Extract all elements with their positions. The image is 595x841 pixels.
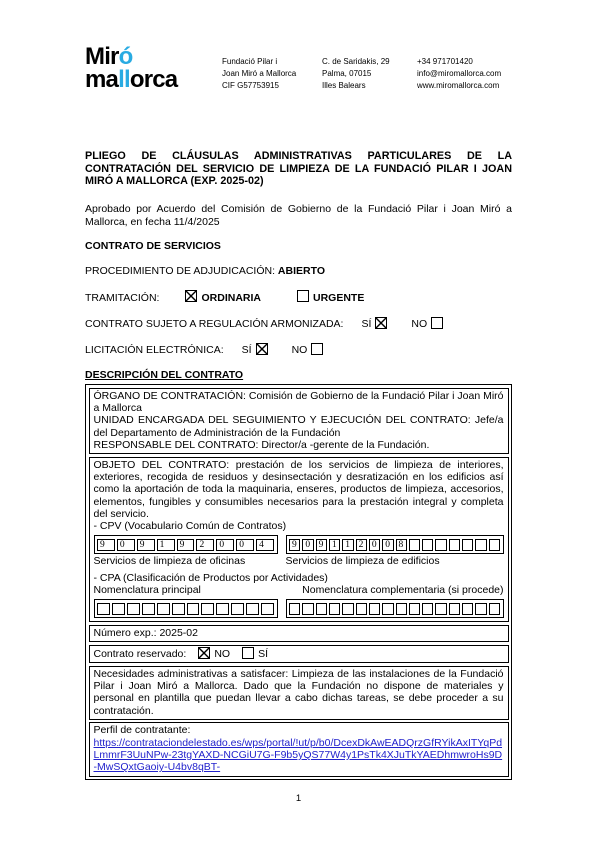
code-cell (369, 603, 380, 615)
code-cell: 9 (289, 539, 300, 551)
description-heading: DESCRIPCIÓN DEL CONTRATO (85, 369, 512, 381)
cpv-code-oficinas-box: 909192004 (94, 535, 278, 554)
approval-paragraph: Aprobado por Acuerdo del Comisión de Gob… (85, 203, 512, 228)
code-cell (462, 603, 473, 615)
address-line: Palma, 07015 (322, 68, 390, 80)
code-cell (187, 603, 200, 615)
code-cell (142, 603, 155, 615)
document-page: Miró mallorca Fundació Pilar i Joan Miró… (0, 0, 595, 841)
cpa-heading: - CPA (Clasificación de Productos por Ac… (94, 572, 504, 584)
code-cell: 2 (196, 539, 214, 551)
code-cell (329, 603, 340, 615)
address-line: C. de Saridakis, 29 (322, 56, 390, 68)
armonizada-no-checkbox (431, 317, 443, 329)
code-cell (475, 603, 486, 615)
necesidades-text: Necesidades administrativas a satisfacer… (94, 668, 504, 717)
organ-de-contratacion: ÓRGANO DE CONTRATACIÓN: Comisión de Gobi… (94, 390, 504, 415)
logo-text-part: orca (130, 66, 178, 93)
letterhead: Miró mallorca Fundació Pilar i Joan Miró… (85, 48, 512, 110)
phone-number: +34 971701420 (417, 56, 501, 68)
code-cell (409, 603, 420, 615)
code-cell (356, 603, 367, 615)
code-cell (409, 539, 420, 551)
cpa-code-row (94, 599, 504, 618)
code-cell: 1 (157, 539, 175, 551)
code-cell (302, 603, 313, 615)
foundation-name-block: Fundació Pilar i Joan Miró a Mallorca CI… (222, 56, 296, 92)
code-cell (382, 603, 393, 615)
reservado-no-label: NO (214, 648, 230, 660)
code-cell (157, 603, 170, 615)
code-cell (172, 603, 185, 615)
code-cell: 9 (316, 539, 327, 551)
procedure-line: PROCEDIMIENTO DE ADJUDICACIÓN: ABIERTO (85, 265, 512, 277)
code-cell: 0 (382, 539, 393, 551)
page-number: 1 (85, 793, 512, 804)
unidad-encargada: UNIDAD ENCARGADA DEL SEGUIMIENTO Y EJECU… (94, 414, 504, 439)
expediente-row: Número exp.: 2025-02 (89, 625, 509, 642)
code-cell (216, 603, 229, 615)
perfil-row: Perfil de contratante: https://contratac… (89, 722, 509, 776)
code-cell: 0 (236, 539, 254, 551)
cpv-heading: - CPV (Vocabulario Común de Contratos) (94, 520, 504, 532)
code-cell (289, 603, 300, 615)
code-cell: 0 (369, 539, 380, 551)
cpv-labels-row: Servicios de limpieza de oficinas Servic… (94, 555, 504, 567)
code-cell: 4 (256, 539, 274, 551)
contract-description-table: ÓRGANO DE CONTRATACIÓN: Comisión de Gobi… (85, 384, 512, 780)
cpv-code-row: 909192004 909112008 (94, 535, 504, 554)
logo-text-part: ma (85, 66, 118, 93)
armonizada-si-checkbox (375, 317, 387, 329)
urgente-label: URGENTE (313, 292, 364, 304)
numero-expediente: Número exp.: 2025-02 (94, 627, 198, 639)
address-line: Illes Balears (322, 80, 390, 92)
licitacion-label: LICITACIÓN ELECTRÓNICA: (85, 344, 224, 356)
reservado-no-checkbox (198, 647, 210, 659)
cpv-code-edificios-box: 909112008 (286, 535, 504, 554)
cpa-labels-row: Nomenclatura principal Nomenclatura comp… (94, 584, 504, 596)
nomenclatura-principal-label: Nomenclatura principal (94, 584, 286, 596)
licitacion-no-checkbox (311, 343, 323, 355)
objeto-row: OBJETO DEL CONTRATO: prestación de los s… (89, 457, 509, 623)
code-cell (435, 539, 446, 551)
urgente-checkbox (297, 290, 309, 302)
perfil-label: Perfil de contratante: (94, 724, 504, 736)
code-cell (261, 603, 274, 615)
code-cell (422, 539, 433, 551)
address-block: C. de Saridakis, 29 Palma, 07015 Illes B… (322, 56, 390, 92)
armonizada-si-label: SÍ (361, 318, 371, 330)
code-cell: 2 (356, 539, 367, 551)
code-cell (475, 539, 486, 551)
code-cell: 9 (177, 539, 195, 551)
licitacion-si-checkbox (256, 343, 268, 355)
cpv-label-edificios: Servicios de limpieza de edificios (286, 555, 504, 567)
document-body: PLIEGO DE CLÁUSULAS ADMINISTRATIVAS PART… (85, 150, 512, 804)
nomenclatura-complementaria-label: Nomenclatura complementaria (si procede) (286, 584, 504, 596)
armonizada-no-label: NO (411, 318, 427, 330)
reservado-row: Contrato reservado:NOSÍ (89, 645, 509, 664)
procedure-value: ABIERTO (278, 265, 325, 277)
miro-mallorca-logo: Miró mallorca (85, 46, 177, 92)
licitacion-no-label: NO (292, 344, 308, 356)
responsable-contrato: RESPONSABLE DEL CONTRATO: Director/a -ge… (94, 439, 504, 451)
reservado-label: Contrato reservado: (94, 648, 187, 660)
foundation-name-line: Fundació Pilar i (222, 56, 296, 68)
objeto-del-contrato: OBJETO DEL CONTRATO: prestación de los s… (94, 459, 504, 520)
code-cell: 1 (342, 539, 353, 551)
procedure-label: PROCEDIMIENTO DE ADJUDICACIÓN: (85, 265, 278, 277)
cpa-principal-box (94, 599, 278, 618)
document-title: PLIEGO DE CLÁUSULAS ADMINISTRATIVAS PART… (85, 150, 512, 188)
contact-block: +34 971701420 info@miromallorca.com www.… (417, 56, 501, 92)
licitacion-line: LICITACIÓN ELECTRÓNICA:SÍNO (85, 343, 512, 357)
reservado-si-label: SÍ (258, 648, 268, 660)
code-cell: 0 (216, 539, 234, 551)
code-cell (449, 603, 460, 615)
code-cell: 9 (97, 539, 115, 551)
licitacion-si-label: SÍ (242, 344, 252, 356)
code-cell (342, 603, 353, 615)
code-cell (422, 603, 433, 615)
logo-text-part-blue: ll (118, 66, 130, 93)
contract-type-line: CONTRATO DE SERVICIOS (85, 240, 512, 252)
code-cell: 1 (329, 539, 340, 551)
foundation-cif: CIF G57753915 (222, 80, 296, 92)
tramitacion-label: TRAMITACIÓN: (85, 292, 159, 304)
code-cell: 0 (302, 539, 313, 551)
code-cell: 0 (117, 539, 135, 551)
necesidades-row: Necesidades administrativas a satisfacer… (89, 666, 509, 720)
code-cell (112, 603, 125, 615)
perfil-contratante-link[interactable]: https://contrataciondelestado.es/wps/por… (94, 737, 504, 774)
ordinaria-label: ORDINARIA (201, 292, 261, 304)
code-cell (462, 539, 473, 551)
code-cell (449, 539, 460, 551)
code-cell (127, 603, 140, 615)
code-cell (246, 603, 259, 615)
code-cell (231, 603, 244, 615)
website-url: www.miromallorca.com (417, 80, 501, 92)
organ-row: ÓRGANO DE CONTRATACIÓN: Comisión de Gobi… (89, 388, 509, 454)
code-cell (489, 603, 500, 615)
ordinaria-checkbox (185, 290, 197, 302)
email-address: info@miromallorca.com (417, 68, 501, 80)
code-cell (435, 603, 446, 615)
logo-line-2: mallorca (85, 69, 177, 92)
cpv-label-oficinas: Servicios de limpieza de oficinas (94, 555, 286, 567)
code-cell (396, 603, 407, 615)
code-cell (489, 539, 500, 551)
foundation-name-line: Joan Miró a Mallorca (222, 68, 296, 80)
code-cell (97, 603, 110, 615)
code-cell: 8 (396, 539, 407, 551)
armonizada-line: CONTRATO SUJETO A REGULACIÓN ARMONIZADA:… (85, 317, 512, 331)
code-cell: 9 (137, 539, 155, 551)
cpa-complementaria-box (286, 599, 504, 618)
reservado-si-checkbox (242, 647, 254, 659)
armonizada-label: CONTRATO SUJETO A REGULACIÓN ARMONIZADA: (85, 318, 343, 330)
code-cell (201, 603, 214, 615)
tramitacion-line: TRAMITACIÓN:ORDINARIAURGENTE (85, 290, 512, 304)
code-cell (316, 603, 327, 615)
